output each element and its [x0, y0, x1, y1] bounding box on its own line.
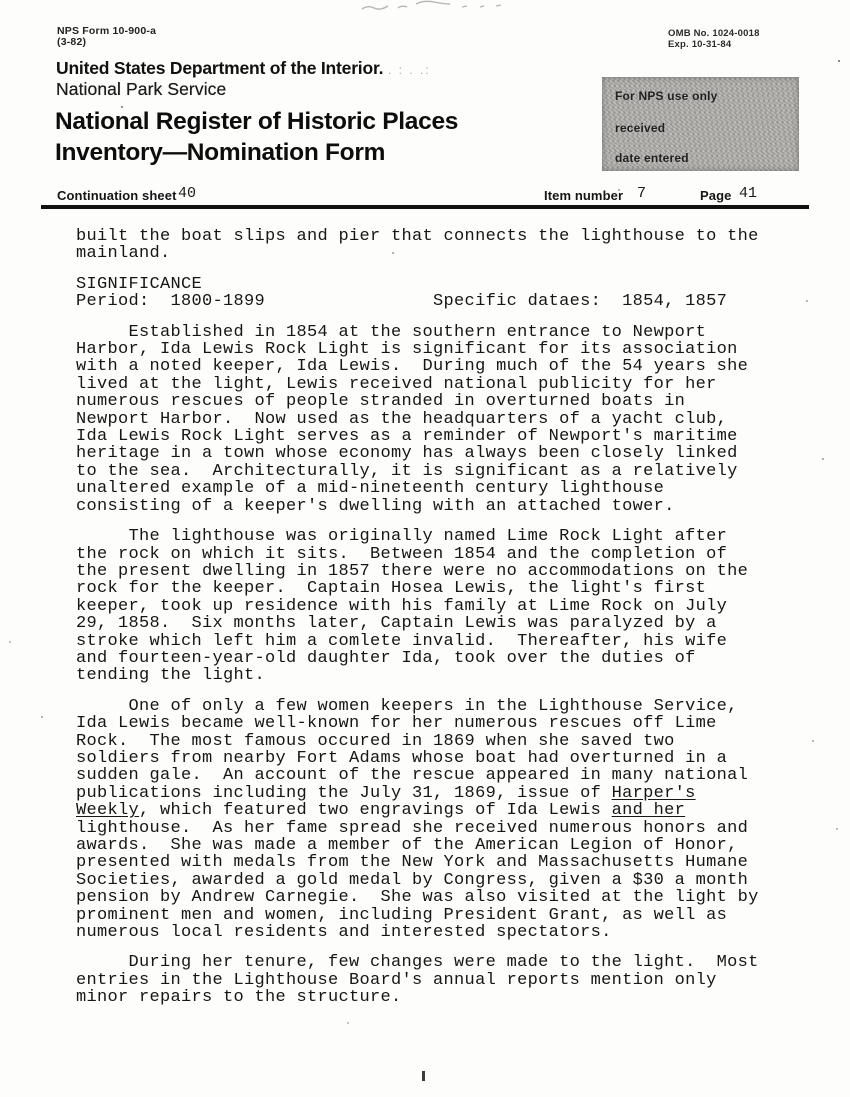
body-text: built the boat slips and pier that conne…: [76, 228, 796, 1020]
omb-block: OMB No. 1024-0018 Exp. 10-31-84: [668, 28, 760, 50]
text-line: Rock. The most famous occured in 1869 wh…: [76, 733, 796, 750]
text-line: the rock on which it sits. Between 1854 …: [76, 546, 796, 563]
text-line: numerous rescues of people stranded in o…: [76, 393, 796, 410]
text-line: Harbor, Ida Lewis Rock Light is signific…: [76, 341, 796, 358]
form-revision: (3-82): [57, 37, 156, 48]
item-number-value: 7: [637, 185, 646, 202]
paragraph: One of only a few women keepers in the L…: [76, 698, 796, 942]
text-line: numerous local residents and interested …: [76, 924, 796, 941]
continuation-sheet-number: 40: [178, 185, 196, 202]
omb-expiration: Exp. 10-31-84: [668, 39, 760, 50]
scan-specks: [0, 0, 2, 2]
pencil-squiggle: [358, 0, 508, 16]
text-line: keeper, took up residence with his famil…: [76, 598, 796, 615]
document-page: NPS Form 10-900-a (3-82) OMB No. 1024-00…: [0, 0, 850, 1097]
stamp-received-label: received: [615, 121, 665, 135]
text-line: tending the light.: [76, 667, 796, 684]
text-line: During her tenure, few changes were made…: [76, 954, 796, 971]
document-title-line1: National Register of Historic Places: [55, 106, 458, 137]
text-line: Period: 1800-1899 Specific dataes: 1854,…: [76, 293, 796, 310]
paragraph: built the boat slips and pier that conne…: [76, 228, 796, 263]
text-line: stroke which left him a comlete invalid.…: [76, 633, 796, 650]
text-line: mainland.: [76, 245, 796, 262]
text-line: Ida Lewis Rock Light serves as a reminde…: [76, 428, 796, 445]
text-line: heritage in a town whose economy has alw…: [76, 445, 796, 462]
continuation-row: Continuation sheet 40 Item number 7 Page…: [0, 188, 850, 206]
nps-use-only-stamp: For NPS use only received date entered: [602, 77, 799, 171]
text-line: consisting of a keeper's dwelling with a…: [76, 498, 796, 515]
bottom-center-mark: [422, 1071, 425, 1081]
paragraph: The lighthouse was originally named Lime…: [76, 528, 796, 685]
text-line: prominent men and women, including Presi…: [76, 907, 796, 924]
item-number-label: Item number: [544, 188, 623, 203]
page-number-value: 41: [739, 185, 757, 202]
text-line: 29, 1858. Six months later, Captain Lewi…: [76, 615, 796, 632]
page-label: Page: [700, 188, 731, 203]
text-line: SIGNIFICANCE: [76, 276, 796, 293]
document-title-line2: Inventory—Nomination Form: [55, 137, 458, 168]
form-number-block: NPS Form 10-900-a (3-82): [57, 26, 156, 48]
text-line: lighthouse. As her fame spread she recei…: [76, 820, 796, 837]
paragraph: Established in 1854 at the southern entr…: [76, 324, 796, 515]
text-line: Societies, awarded a gold medal by Congr…: [76, 872, 796, 889]
department-heading: United States Department of the Interior…: [56, 58, 431, 79]
scan-artifact-dots: . : . .:: [388, 63, 431, 77]
text-line: soldiers from nearby Fort Adams whose bo…: [76, 750, 796, 767]
text-line: Newport Harbor. Now used as the headquar…: [76, 411, 796, 428]
text-line: sudden gale. An account of the rescue ap…: [76, 767, 796, 784]
document-title: National Register of Historic Places Inv…: [55, 106, 458, 168]
text-line: the present dwelling in 1857 there were …: [76, 563, 796, 580]
stamp-title: For NPS use only: [615, 89, 718, 103]
header-divider-rule: [41, 205, 809, 209]
stamp-date-entered-label: date entered: [615, 151, 689, 165]
paragraph: SIGNIFICANCEPeriod: 1800-1899 Specific d…: [76, 276, 796, 311]
text-line: rock for the keeper. Captain Hosea Lewis…: [76, 580, 796, 597]
text-line: presented with medals from the New York …: [76, 854, 796, 871]
text-line: lived at the light, Lewis received natio…: [76, 376, 796, 393]
agency-heading: National Park Service: [56, 79, 226, 100]
paragraph: During her tenure, few changes were made…: [76, 954, 796, 1006]
text-line: entries in the Lighthouse Board's annual…: [76, 972, 796, 989]
text-line: with a noted keeper, Ida Lewis. During m…: [76, 358, 796, 375]
text-line: unaltered example of a mid-nineteenth ce…: [76, 480, 796, 497]
text-line: built the boat slips and pier that conne…: [76, 228, 796, 245]
text-line: The lighthouse was originally named Lime…: [76, 528, 796, 545]
text-line: One of only a few women keepers in the L…: [76, 698, 796, 715]
text-line: pension by Andrew Carnegie. She was also…: [76, 889, 796, 906]
continuation-sheet-label: Continuation sheet: [57, 188, 177, 203]
omb-number: OMB No. 1024-0018: [668, 28, 760, 39]
text-line: Weekly, which featured two engravings of…: [76, 802, 796, 819]
text-line: minor repairs to the structure.: [76, 989, 796, 1006]
text-line: awards. She was made a member of the Ame…: [76, 837, 796, 854]
text-line: Ida Lewis became well-known for her nume…: [76, 715, 796, 732]
text-line: publications including the July 31, 1869…: [76, 785, 796, 802]
text-line: to the sea. Architecturally, it is signi…: [76, 463, 796, 480]
text-line: and fourteen-year-old daughter Ida, took…: [76, 650, 796, 667]
text-line: Established in 1854 at the southern entr…: [76, 324, 796, 341]
